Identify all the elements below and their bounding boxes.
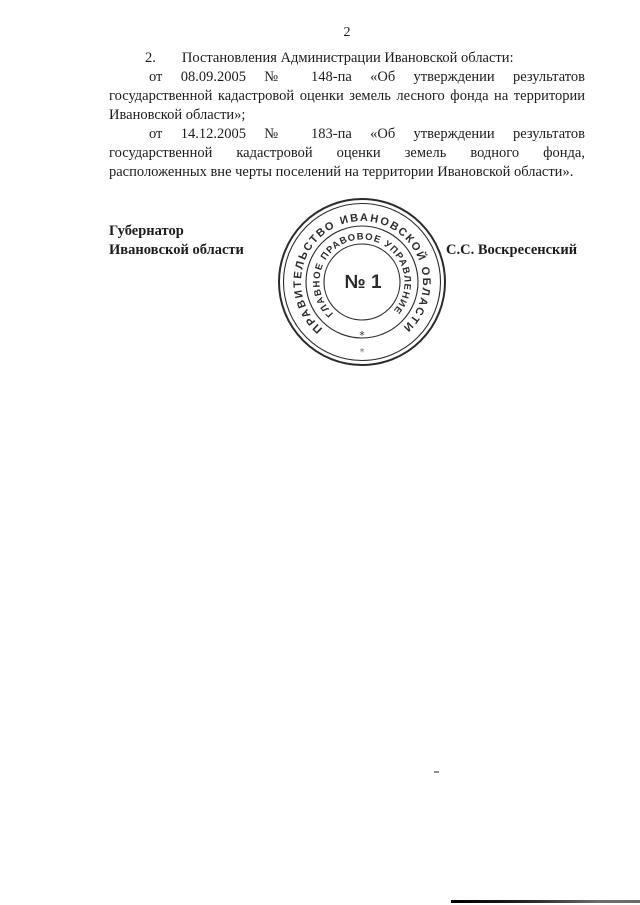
body-line-text: государственной кадастровой оценки земел…	[109, 88, 585, 104]
official-round-stamp: ПРАВИТЕЛЬСТВО ИВАНОВСКОЙ ОБЛАСТИ ГЛАВНОЕ…	[274, 194, 450, 370]
body-line-item-heading: 2.Постановления Администрации Ивановской…	[109, 49, 585, 68]
item-heading: Постановления Администрации Ивановской о…	[182, 50, 514, 66]
scan-artifact-bar	[451, 900, 640, 903]
page-number: 2	[109, 23, 585, 42]
signature-name: С.С. Воскресенский	[446, 241, 577, 260]
document-body: 2.Постановления Администрации Ивановской…	[109, 49, 585, 182]
stamp-inner-star: *	[359, 329, 365, 342]
body-line: расположенных вне черты поселений на тер…	[109, 163, 585, 182]
body-line-text: Ивановской области»;	[109, 107, 245, 123]
scan-speck-artifact	[434, 771, 439, 773]
body-line: государственной кадастровой оценки земел…	[109, 144, 585, 163]
item-number: 2.	[145, 50, 156, 66]
paragraph-indent	[109, 137, 149, 138]
document-page: 2 2.Постановления Администрации Ивановск…	[0, 0, 640, 905]
body-line: от 14.12.2005 № 183-па «Об утверждении р…	[109, 125, 585, 144]
stamp-outer-star: *	[360, 347, 365, 358]
body-line: государственной кадастровой оценки земел…	[109, 87, 585, 106]
paragraph-indent	[109, 80, 149, 81]
stamp-number: № 1	[344, 272, 381, 293]
signature-position-line2: Ивановской области	[109, 241, 244, 260]
signature-position-block: Губернатор Ивановской области	[109, 222, 244, 260]
body-line-text: государственной кадастровой оценки земел…	[109, 145, 585, 161]
body-line-text: расположенных вне черты поселений на тер…	[109, 164, 573, 180]
body-line: Ивановской области»;	[109, 106, 585, 125]
body-line: от 08.09.2005 № 148-па «Об утверждении р…	[109, 68, 585, 87]
signature-position-line1: Губернатор	[109, 222, 244, 241]
body-line-text: от 08.09.2005 № 148-па «Об утверждении р…	[149, 69, 585, 85]
body-line-text: от 14.12.2005 № 183-па «Об утверждении р…	[149, 126, 585, 142]
